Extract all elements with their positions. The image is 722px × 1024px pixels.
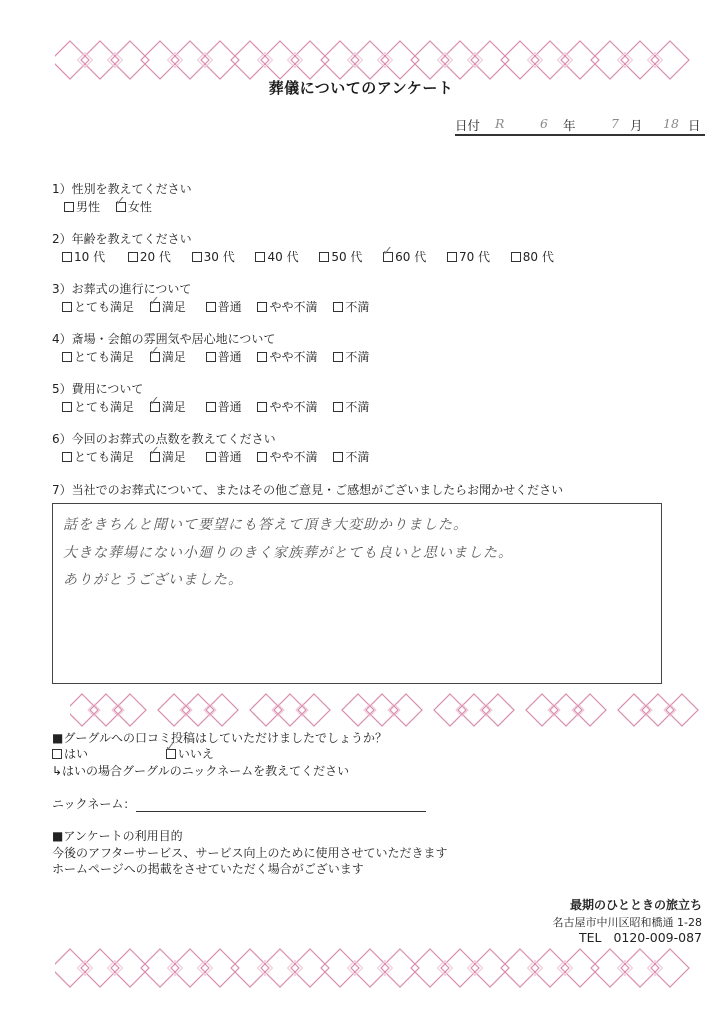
checkbox-checked[interactable]: ✓ <box>150 302 160 312</box>
checkbox-checked[interactable]: ✓ <box>116 202 126 212</box>
feedback-line-3: ありがとうございました。 <box>63 569 243 589</box>
checkbox[interactable] <box>257 452 267 462</box>
checkbox[interactable] <box>257 402 267 412</box>
feedback-line-1: 話をきちんと聞いて要望にも答えて頂き大変助かりました。 <box>63 514 468 534</box>
date-era[interactable]: R <box>495 116 504 131</box>
google-review-options: はい ✓いいえ <box>52 746 214 762</box>
date-year-unit: 年 <box>563 116 576 134</box>
checkbox[interactable] <box>257 352 267 362</box>
tel-label: TEL <box>579 930 602 945</box>
option-male[interactable]: 男性 <box>64 198 100 216</box>
check-mark-icon: ✓ <box>149 343 160 361</box>
date-field: 日付 R 6 年 7 月 18 日 <box>455 114 705 134</box>
middle-diamond-border <box>70 690 710 730</box>
checkbox[interactable] <box>52 749 62 759</box>
company-name: 最期のひとときの旅立ち <box>570 896 702 913</box>
question-cost: 5）費用について とても満足 ✓満足 普通 やや不満 不満 <box>52 380 369 416</box>
nickname-label: ニックネーム： <box>52 796 135 812</box>
option-somewhat-dissatisfied[interactable]: やや不満 <box>257 398 329 416</box>
feedback-textarea[interactable]: 話をきちんと聞いて要望にも答えて頂き大変助かりました。 大きな葬場にない小廻りの… <box>52 503 662 684</box>
check-mark-icon: ✓ <box>165 740 176 756</box>
top-diamond-border <box>55 40 695 80</box>
option-no[interactable]: ✓いいえ <box>166 746 214 762</box>
checkbox[interactable] <box>62 302 72 312</box>
bottom-diamond-border <box>55 948 695 988</box>
check-mark-icon: ✓ <box>149 293 160 311</box>
checkbox[interactable] <box>333 302 343 312</box>
option-dissatisfied[interactable]: 不満 <box>333 298 369 316</box>
option-neutral[interactable]: 普通 <box>206 348 254 366</box>
option-satisfied[interactable]: ✓満足 <box>150 348 202 366</box>
checkbox[interactable] <box>62 252 72 262</box>
question-gender: 1）性別を教えてください 男性 ✓女性 <box>52 180 192 216</box>
option-dissatisfied[interactable]: 不満 <box>333 448 369 466</box>
check-mark-icon: ✓ <box>149 443 160 461</box>
date-underline <box>455 134 705 136</box>
checkbox[interactable] <box>206 402 216 412</box>
checkbox[interactable] <box>511 252 521 262</box>
company-address: 名古屋市中川区昭和橋通 1-28 <box>553 914 702 930</box>
question-label: 4）斎場・会館の雰囲気や居心地について <box>52 330 369 348</box>
option-female[interactable]: ✓女性 <box>116 198 152 216</box>
check-mark-icon: ✓ <box>115 193 126 211</box>
option-somewhat-dissatisfied[interactable]: やや不満 <box>257 448 329 466</box>
date-month-unit: 月 <box>630 116 643 134</box>
date-day[interactable]: 18 <box>663 116 679 131</box>
question-feedback: 7）当社でのお葬式について、またはその他ご意見・ご感想がございましたらお聞かせく… <box>52 481 563 499</box>
option-satisfied[interactable]: ✓満足 <box>150 398 202 416</box>
option-60s[interactable]: ✓60 代 <box>383 248 443 266</box>
checkbox-checked[interactable]: ✓ <box>150 452 160 462</box>
option-very-satisfied[interactable]: とても満足 <box>62 348 146 366</box>
option-very-satisfied[interactable]: とても満足 <box>62 298 146 316</box>
checkbox[interactable] <box>128 252 138 262</box>
option-40s[interactable]: 40 代 <box>255 248 315 266</box>
checkbox-checked[interactable]: ✓ <box>383 252 393 262</box>
checkbox-checked[interactable]: ✓ <box>150 402 160 412</box>
option-satisfied[interactable]: ✓満足 <box>150 448 202 466</box>
question-label: 2）年齢を教えてください <box>52 230 571 248</box>
option-neutral[interactable]: 普通 <box>206 448 254 466</box>
question-age: 2）年齢を教えてください 10 代 20 代 30 代 40 代 50 代 ✓6… <box>52 230 571 266</box>
checkbox[interactable] <box>333 402 343 412</box>
checkbox[interactable] <box>62 402 72 412</box>
option-somewhat-dissatisfied[interactable]: やや不満 <box>257 298 329 316</box>
option-30s[interactable]: 30 代 <box>192 248 252 266</box>
usage-heading: ■アンケートの利用目的 <box>52 828 183 844</box>
question-label: 7）当社でのお葬式について、またはその他ご意見・ご感想がございましたらお聞かせく… <box>52 481 563 499</box>
option-yes[interactable]: はい <box>52 746 162 762</box>
checkbox[interactable] <box>206 302 216 312</box>
checkbox[interactable] <box>64 202 74 212</box>
option-satisfied[interactable]: ✓満足 <box>150 298 202 316</box>
date-year[interactable]: 6 <box>540 116 548 131</box>
question-label: 3）お葬式の進行について <box>52 280 369 298</box>
checkbox[interactable] <box>192 252 202 262</box>
option-neutral[interactable]: 普通 <box>206 298 254 316</box>
checkbox[interactable] <box>206 352 216 362</box>
nickname-field[interactable] <box>136 811 426 812</box>
option-somewhat-dissatisfied[interactable]: やや不満 <box>257 348 329 366</box>
option-70s[interactable]: 70 代 <box>447 248 507 266</box>
company-tel: TEL 0120-009-087 <box>579 930 702 945</box>
checkbox[interactable] <box>255 252 265 262</box>
usage-line-2: ホームページへの掲載をさせていただく場合がございます <box>52 861 364 877</box>
option-very-satisfied[interactable]: とても満足 <box>62 398 146 416</box>
checkbox[interactable] <box>62 452 72 462</box>
checkbox[interactable] <box>62 352 72 362</box>
check-mark-icon: ✓ <box>382 243 393 261</box>
page-title: 葬儀についてのアンケート <box>0 77 722 98</box>
option-dissatisfied[interactable]: 不満 <box>333 398 369 416</box>
tel-number: 0120-009-087 <box>613 930 702 945</box>
usage-line-1: 今後のアフターサービス、サービス向上のために使用させていただきます <box>52 845 448 861</box>
checkbox[interactable] <box>333 452 343 462</box>
checkbox-checked[interactable]: ✓ <box>150 352 160 362</box>
checkbox[interactable] <box>319 252 329 262</box>
option-very-satisfied[interactable]: とても満足 <box>62 448 146 466</box>
option-10s[interactable]: 10 代 <box>62 248 124 266</box>
checkbox[interactable] <box>206 452 216 462</box>
question-overall-score: 6）今回のお葬式の点数を教えてください とても満足 ✓満足 普通 やや不満 不満 <box>52 430 369 466</box>
date-label: 日付 <box>455 116 480 134</box>
question-label: 6）今回のお葬式の点数を教えてください <box>52 430 369 448</box>
option-50s[interactable]: 50 代 <box>319 248 379 266</box>
question-venue-atmosphere: 4）斎場・会館の雰囲気や居心地について とても満足 ✓満足 普通 やや不満 不満 <box>52 330 369 366</box>
check-mark-icon: ✓ <box>149 393 160 411</box>
question-label: 5）費用について <box>52 380 369 398</box>
checkbox[interactable] <box>333 352 343 362</box>
checkbox[interactable] <box>447 252 457 262</box>
checkbox-checked[interactable]: ✓ <box>166 749 176 759</box>
option-neutral[interactable]: 普通 <box>206 398 254 416</box>
option-dissatisfied[interactable]: 不満 <box>333 348 369 366</box>
checkbox[interactable] <box>257 302 267 312</box>
question-ceremony-progress: 3）お葬式の進行について とても満足 ✓満足 普通 やや不満 不満 <box>52 280 369 316</box>
google-review-question: ■グーグルへの口コミ投稿はしていただけましたでしょうか？ <box>52 730 387 746</box>
feedback-line-2: 大きな葬場にない小廻りのきく家族葬がとても良いと思いました。 <box>63 542 513 562</box>
option-20s[interactable]: 20 代 <box>128 248 188 266</box>
date-day-unit: 日 <box>688 116 701 134</box>
option-80s[interactable]: 80 代 <box>511 248 571 266</box>
nickname-prompt: ↳はいの場合グーグルのニックネームを教えてください <box>52 763 349 779</box>
date-month[interactable]: 7 <box>611 116 619 131</box>
